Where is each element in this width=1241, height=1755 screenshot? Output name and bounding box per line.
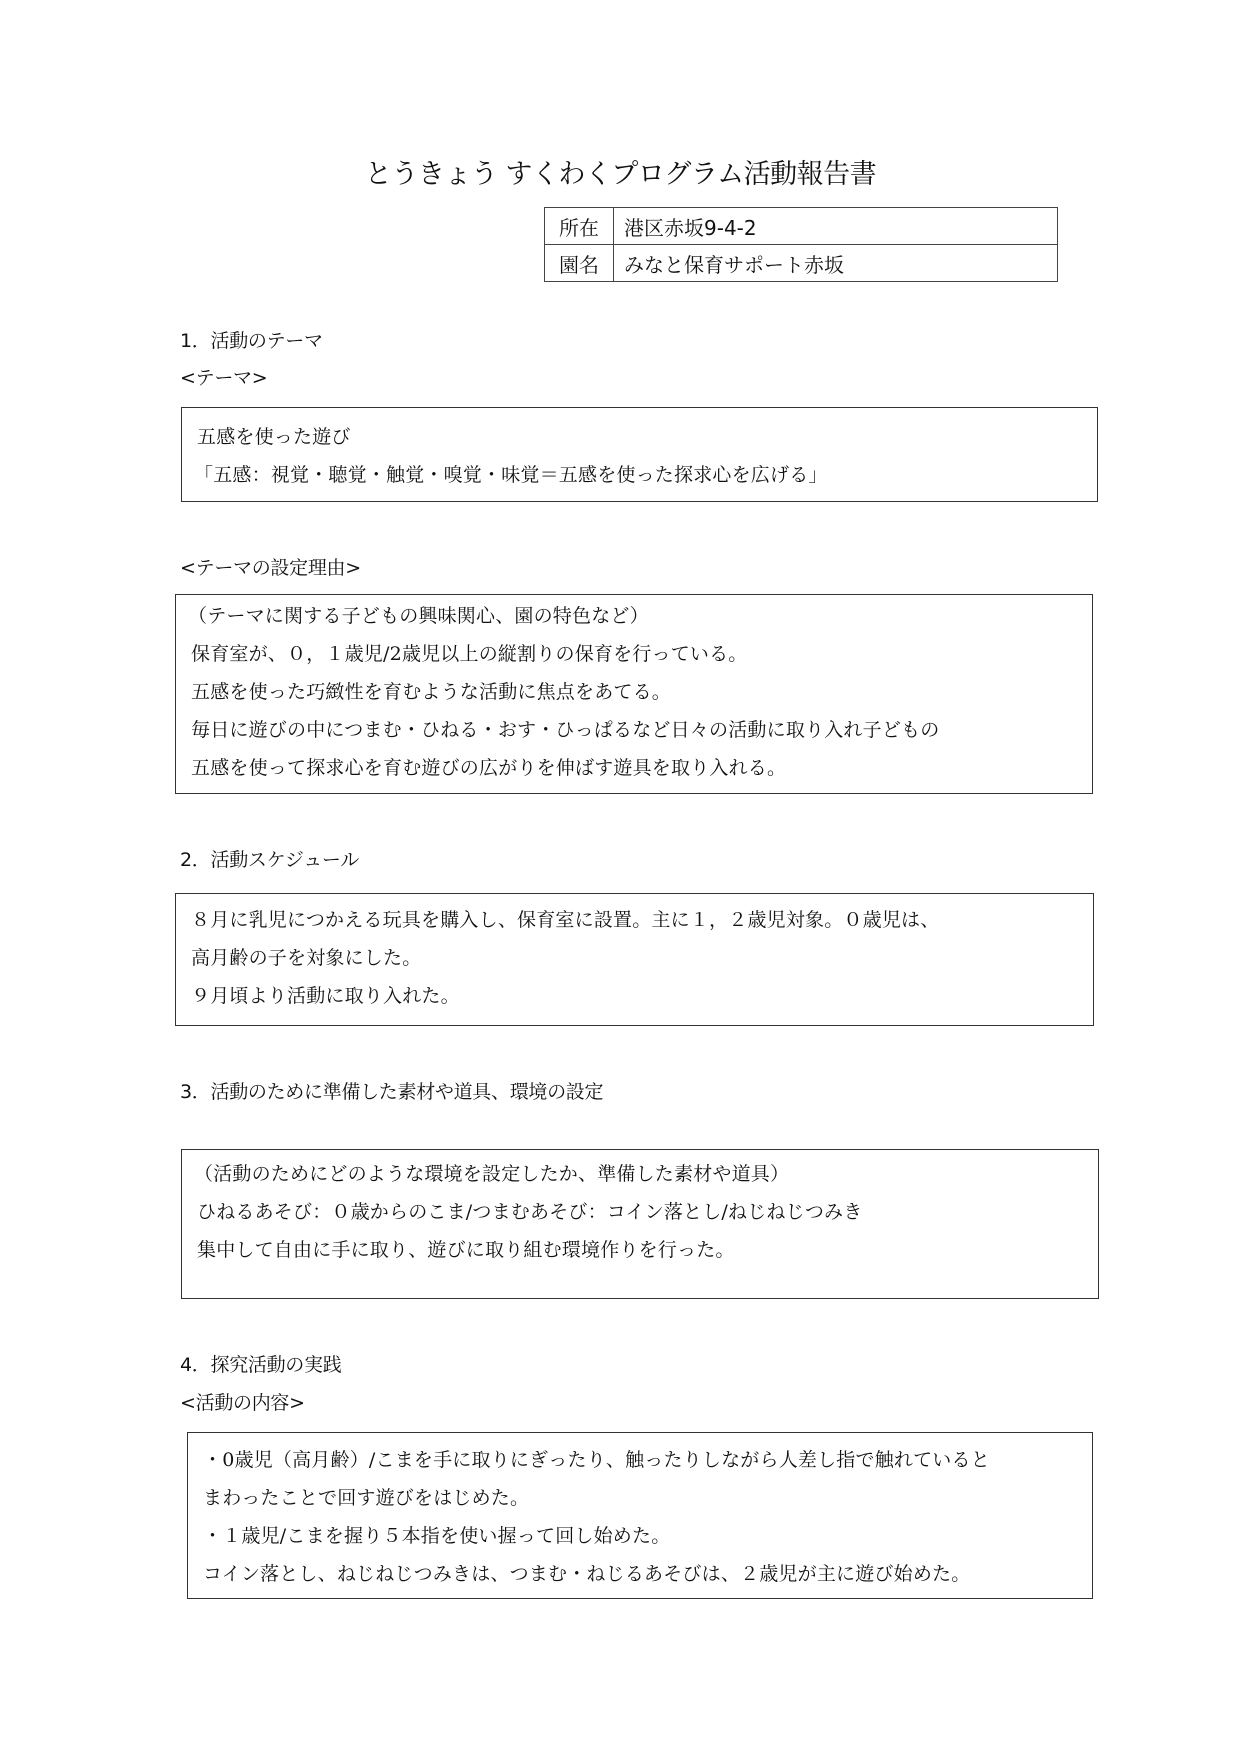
reason-line: 保育室が、０，１歳児/2歳児以上の縦割りの保育を行っている。 [191, 642, 748, 666]
location-label: 所在 [545, 208, 614, 245]
location-value: 港区赤坂9-4-2 [614, 208, 1058, 245]
info-row-location: 所在 港区赤坂9-4-2 [545, 208, 1058, 245]
info-row-facility-name: 園名 みなと保育サポート赤坂 [545, 245, 1058, 282]
reason-line: （テーマに関する子どもの興味関心、園の特色など） [188, 604, 649, 628]
activity-line: ・0歳児（高月齢）/こまを手に取りにぎったり、触ったりしながら人差し指で触れてい… [203, 1448, 990, 1472]
theme-box: 五感を使った遊び 「五感：視覚・聴覚・触覚・嗅覚・味覚＝五感を使った探求心を広げ… [181, 407, 1098, 502]
materials-line: ひねるあそび：０歳からのこま/つまむあそび：コイン落とし/ねじねじつみき [197, 1200, 862, 1224]
section-2-heading: 2．活動スケジュール [180, 848, 359, 872]
activity-line: コイン落とし、ねじねじつみきは、つまむ・ねじるあそびは、２歳児が主に遊び始めた。 [203, 1562, 970, 1586]
schedule-box: ８月に乳児につかえる玩具を購入し、保育室に設置。主に１，２歳児対象。０歳児は、 … [175, 893, 1094, 1026]
theme-sublabel: <テーマ> [180, 366, 267, 390]
theme-line: 「五感：視覚・聴覚・触覚・嗅覚・味覚＝五感を使った探求心を広げる」 [194, 463, 828, 487]
facility-name-label: 園名 [545, 245, 614, 282]
reason-line: 毎日に遊びの中につまむ・ひねる・おす・ひっぱるなど日々の活動に取り入れ子どもの [191, 718, 939, 742]
schedule-line: ８月に乳児につかえる玩具を購入し、保育室に設置。主に１，２歳児対象。０歳児は、 [191, 908, 939, 932]
materials-box: （活動のためにどのような環境を設定したか、準備した素材や道具） ひねるあそび：０… [181, 1149, 1099, 1299]
activity-line: まわったことで回す遊びをはじめた。 [203, 1486, 529, 1510]
section-3-heading: 3．活動のために準備した素材や道具、環境の設定 [180, 1080, 603, 1104]
reason-sublabel: <テーマの設定理由> [180, 556, 361, 580]
section-1-heading: 1．活動のテーマ [180, 329, 323, 353]
materials-line: 集中して自由に手に取り、遊びに取り組む環境作りを行った。 [197, 1238, 735, 1262]
activity-line: ・１歳児/こまを握り５本指を使い握って回し始めた。 [203, 1524, 670, 1548]
reason-line: 五感を使って探求心を育む遊びの広がりを伸ばす遊具を取り入れる。 [191, 756, 786, 780]
reason-box: （テーマに関する子どもの興味関心、園の特色など） 保育室が、０，１歳児/2歳児以… [175, 594, 1093, 794]
reason-line: 五感を使った巧緻性を育むような活動に焦点をあてる。 [191, 680, 671, 704]
facility-name-value: みなと保育サポート赤坂 [614, 245, 1058, 282]
document-title: とうきょう すくわくプログラム活動報告書 [0, 152, 1241, 191]
schedule-line: 高月齢の子を対象にした。 [191, 946, 421, 970]
schedule-line: ９月頃より活動に取り入れた。 [191, 984, 460, 1008]
theme-line: 五感を使った遊び [197, 425, 351, 449]
activity-content-sublabel: <活動の内容> [180, 1391, 305, 1415]
section-4-heading: 4．探究活動の実践 [180, 1353, 341, 1377]
facility-info-table: 所在 港区赤坂9-4-2 園名 みなと保育サポート赤坂 [544, 207, 1058, 282]
materials-line: （活動のためにどのような環境を設定したか、準備した素材や道具） [194, 1162, 789, 1186]
activity-content-box: ・0歳児（高月齢）/こまを手に取りにぎったり、触ったりしながら人差し指で触れてい… [187, 1432, 1093, 1599]
